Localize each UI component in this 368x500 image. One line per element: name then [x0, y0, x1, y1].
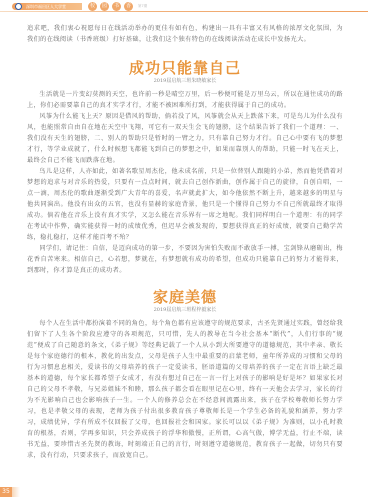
article-paragraph: 同学们，请记住：自信，是迈向成功的第一步，不要因为害怕失败而不敢放手一搏，宝剑锋…	[27, 243, 343, 276]
article-paragraph: 每个人在生活中都扮演着不同的角色，每个角色都有应该遵守的规范要求，古圣先贤通过实…	[27, 318, 343, 461]
header-badges: 校 园 书 香	[88, 2, 133, 11]
article-title: 家庭美德	[27, 288, 343, 306]
header-divider	[0, 11, 368, 12]
intro-paragraph: 追求吧，我们衷心祝愿每日在线活动举办的更佳有如有色，构建出一具有丰富又有风格的浓…	[27, 23, 343, 45]
article-paragraph: 鸟儿是这样，人亦如此，如著名歌星周杰伦，他未成名前，只是一位替别人跟随的小弟，然…	[27, 166, 343, 243]
header-badge: 香	[124, 2, 133, 11]
page-content: 追求吧，我们衷心祝愿每日在线活动举办的更佳有如有色，构建出一具有丰富又有风格的浓…	[27, 16, 343, 461]
article-paragraph: 风筝为什么能飞上天？原因是借风的帮助，倘若没了风，风筝就会从天上跌落下来，可是鸟…	[27, 111, 343, 166]
header-badge: 园	[100, 2, 109, 11]
school-logo-icon	[15, 3, 22, 10]
article-paragraph: 生活就是一片变幻莫测的天空，也许前一秒是晴空万里，后一秒便可能是万里乌云，所以在…	[27, 89, 343, 111]
article-success: 成功只能靠自己 2019届启航三班朱晓敏家长 生活就是一片变幻莫测的天空，也许前…	[27, 59, 343, 276]
header-badge: 书	[112, 2, 121, 11]
article-title: 成功只能靠自己	[27, 59, 343, 77]
page-number-accent	[12, 487, 20, 497]
article-family-virtue: 家庭美德 2019届启航三班程梓毅家长 每个人在生活中都扮演着不同的角色，每个角…	[27, 288, 343, 461]
header-badge: 校	[88, 2, 97, 11]
page-number: 35	[0, 487, 12, 497]
article-author: 2019届启航三班朱晓敏家长	[27, 77, 343, 86]
header-title: 深圳市福田区人大学堂	[26, 3, 66, 10]
page-header: 深圳市福田区人大学堂 校 园 书 香 第7期	[0, 0, 368, 12]
issue-label: 第7期	[138, 4, 147, 9]
article-author: 2019届启航三班程梓毅家长	[27, 306, 343, 315]
